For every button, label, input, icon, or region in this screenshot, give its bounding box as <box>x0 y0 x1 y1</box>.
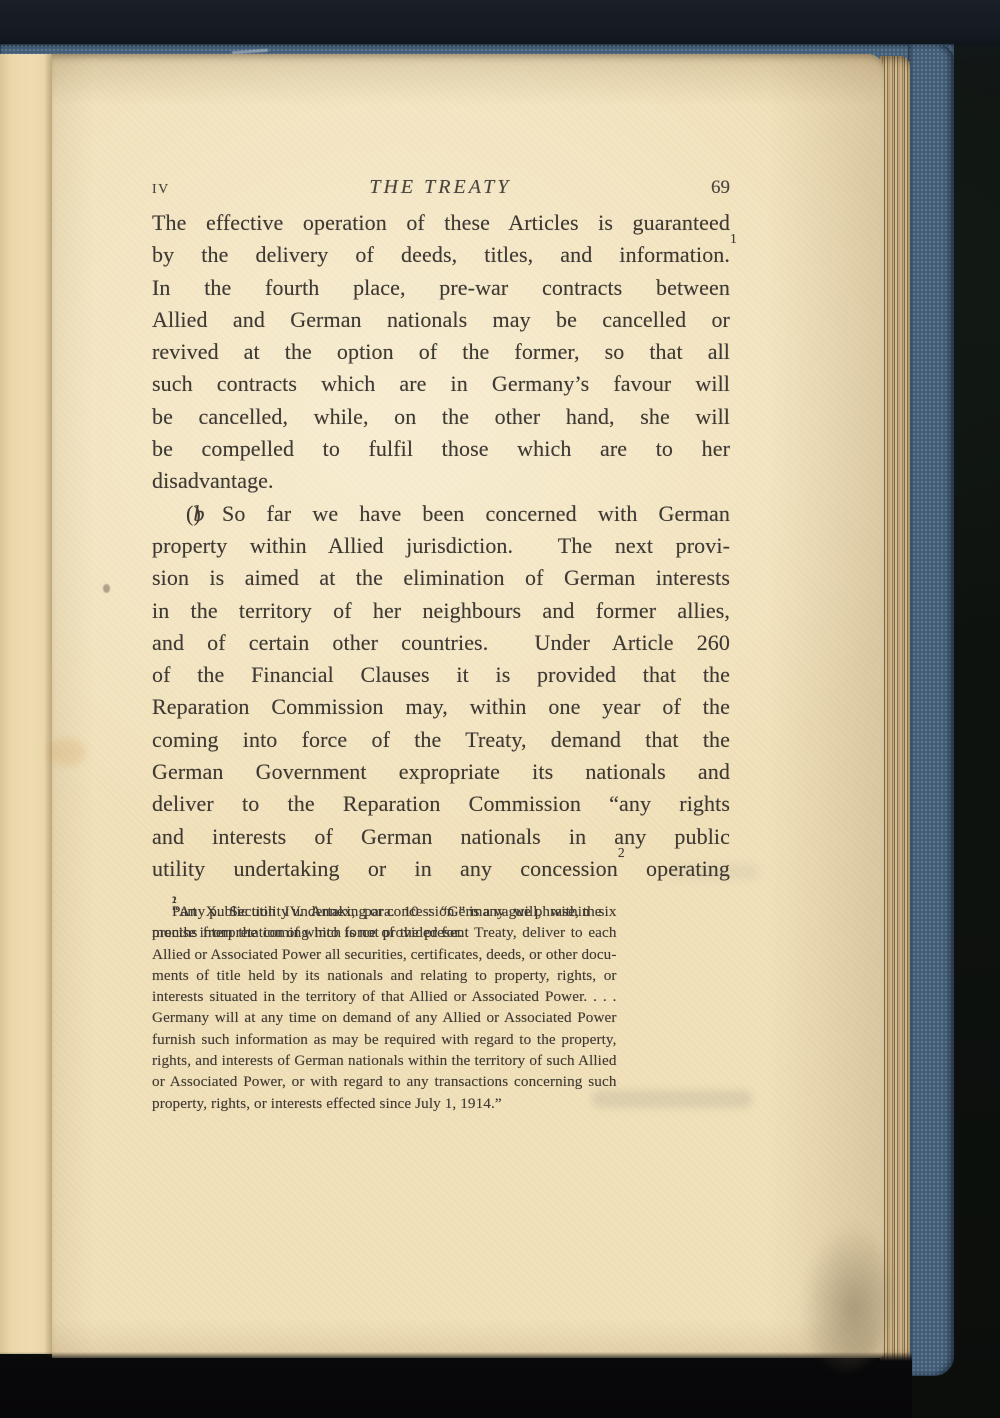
running-header: IV THE TREATY 69 <box>152 176 730 202</box>
footnote: 2 “Any public utility undertaking or con… <box>152 901 602 944</box>
paragraph: (b) So far we have been concerned with G… <box>152 498 730 886</box>
text-line: revived at the option of the former, so … <box>152 336 730 368</box>
text-line: 2 “Any public utility undertaking or con… <box>152 901 602 922</box>
text-line: of the Financial Clauses it is provided … <box>152 659 730 691</box>
paper-speck <box>103 584 110 593</box>
text-line: disadvantage. <box>152 465 730 497</box>
text-line: by the delivery of deeds, titles, and in… <box>152 239 730 271</box>
text-line: be cancelled, while, on the other hand, … <box>152 401 730 433</box>
text-line: Allied or Associated Power all securitie… <box>152 944 617 965</box>
text-line: deliver to the Reparation Commission “an… <box>152 788 730 820</box>
chapter-numeral: IV <box>152 182 170 198</box>
text-line: utility undertaking or in any concession… <box>152 853 730 885</box>
page-content: IV THE TREATY 69 The effective operation… <box>152 0 730 1418</box>
text-line: coming into force of the Treaty, demand … <box>152 724 730 756</box>
text-line: ments of title held by its nationals and… <box>152 965 617 986</box>
running-title: THE TREATY <box>369 176 511 199</box>
book-cover-cloth-right <box>908 44 954 1376</box>
book-photo: IV THE TREATY 69 The effective operation… <box>0 0 1000 1418</box>
paragraph: The effective operation of these Article… <box>152 207 730 498</box>
text-line: interests situated in the territory of t… <box>152 986 617 1007</box>
text-line: property, rights, or interests effected … <box>152 1093 617 1114</box>
text-line: and of certain other countries. Under Ar… <box>152 627 730 659</box>
text-line: rights, and interests of German national… <box>152 1050 617 1071</box>
text-line: and interests of German nationals in any… <box>152 821 730 853</box>
text-line: furnish such information as may be requi… <box>152 1029 617 1050</box>
text-line: (b) So far we have been concerned with G… <box>152 498 730 530</box>
text-line: Germany will at any time on demand of an… <box>152 1007 617 1028</box>
text-line: precise interpretation of which is not p… <box>152 922 602 943</box>
page-edge-stack <box>880 56 910 1362</box>
paper-stain <box>48 738 86 766</box>
page-number: 69 <box>711 177 730 199</box>
text-line: such contracts which are in Germany’s fa… <box>152 368 730 400</box>
text-line: property within Allied jurisdiction. The… <box>152 530 730 562</box>
text-line: Allied and German nationals may be cance… <box>152 304 730 336</box>
text-line: In the fourth place, pre-war contracts b… <box>152 272 730 304</box>
text-line: be compelled to fulfil those which are t… <box>152 433 730 465</box>
text-line: German Government expropriate its nation… <box>152 756 730 788</box>
text-line: The effective operation of these Article… <box>152 207 730 239</box>
text-line: Reparation Commission may, within one ye… <box>152 691 730 723</box>
text-line: in the territory of her neighbours and f… <box>152 595 730 627</box>
text-line: sion is aimed at the elimination of Germ… <box>152 562 730 594</box>
text-line: or Associated Power, or with regard to a… <box>152 1071 617 1092</box>
body-text: The effective operation of these Article… <box>152 207 730 885</box>
page-corner-shadow <box>800 1220 890 1370</box>
